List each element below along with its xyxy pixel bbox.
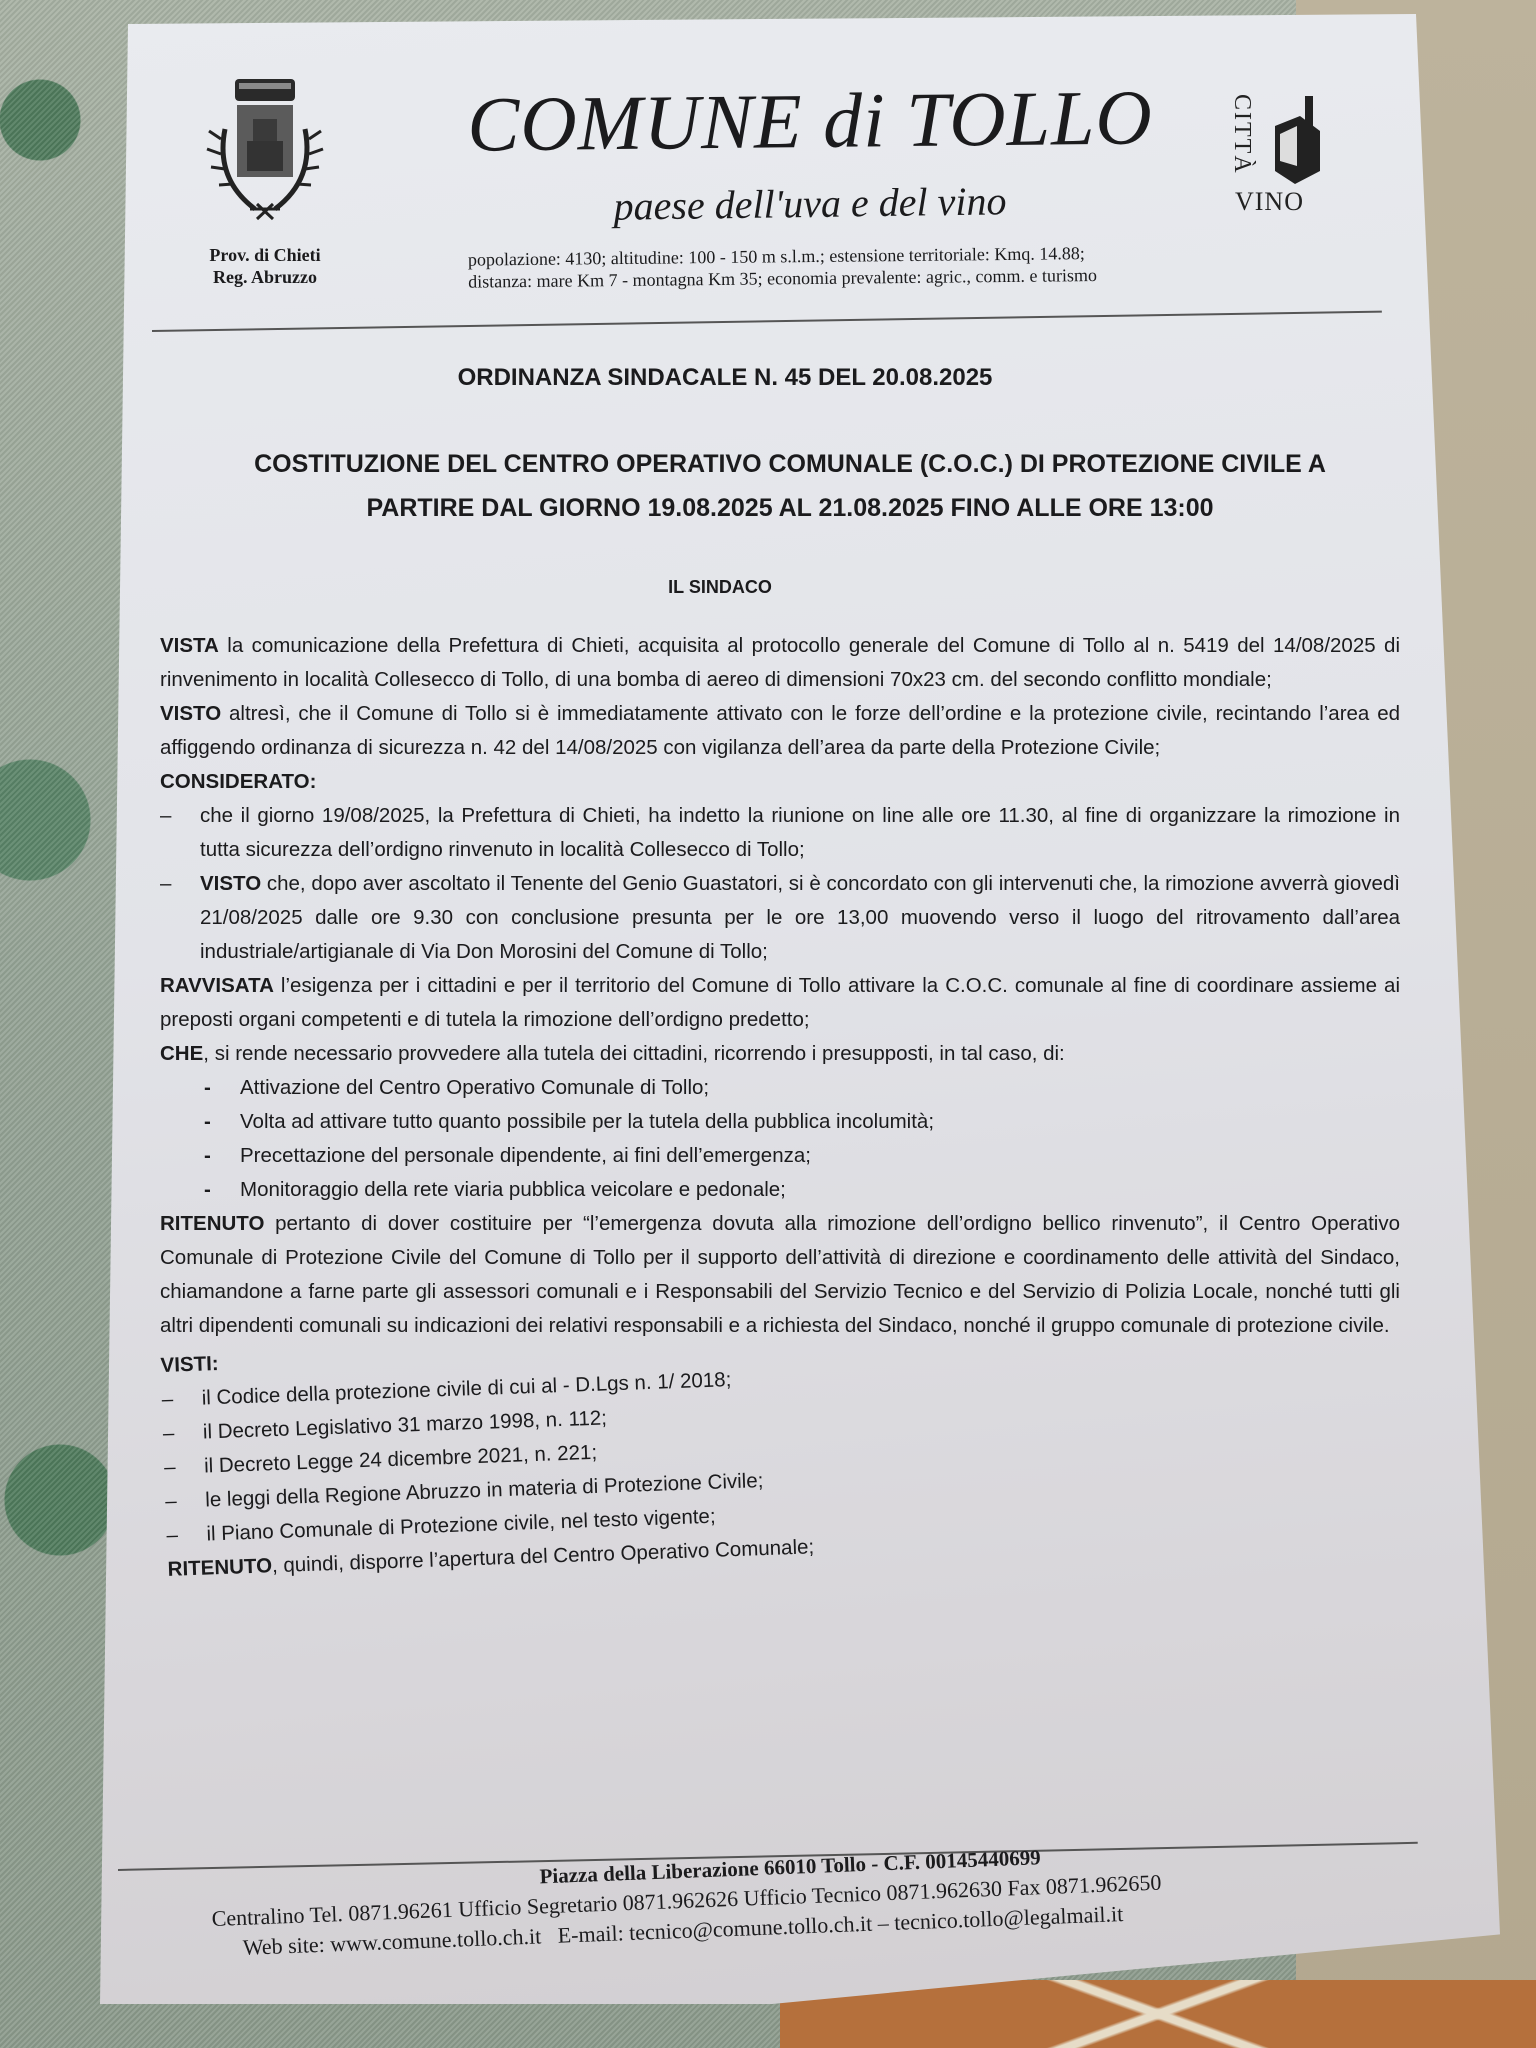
che-item: Precettazione del personale dipendente, …	[160, 1139, 1400, 1173]
keyword-visto: VISTO	[160, 702, 221, 725]
considerato-item: che il giorno 19/08/2025, la Prefettura …	[160, 799, 1400, 867]
paragraph-visto: VISTO altresì, che il Comune di Tollo si…	[160, 697, 1400, 765]
comune-motto: paese dell'uva e del vino	[430, 175, 1191, 233]
ordinance-document: Prov. di Chieti Reg. Abruzzo COMUNE di T…	[100, 14, 1500, 2004]
keyword-ravvisata: RAVVISATA	[160, 974, 274, 997]
keyword-ritenuto: RITENUTO	[160, 1212, 264, 1235]
che-item: Volta ad attivare tutto quanto possibile…	[160, 1105, 1400, 1139]
keyword-vista: VISTA	[160, 634, 219, 657]
comune-stats: popolazione: 4130; altitudine: 100 - 150…	[468, 239, 1348, 292]
considerato-list: che il giorno 19/08/2025, la Prefettura …	[160, 799, 1400, 969]
citta-del-vino-logo-icon: CITTÀ VINO	[1225, 86, 1335, 216]
subject-line-1: COSTITUZIONE DEL CENTRO OPERATIVO COMUNA…	[200, 442, 1380, 486]
che-item: Monitoraggio della rete viaria pubblica …	[160, 1173, 1400, 1207]
keyword-che: CHE	[160, 1042, 203, 1065]
svg-text:CITTÀ: CITTÀ	[1229, 94, 1255, 175]
text-ravvisata: l’esigenza per i cittadini e per il terr…	[160, 974, 1400, 1031]
province-label: Prov. di Chieti Reg. Abruzzo	[180, 244, 350, 288]
region-name: Reg. Abruzzo	[180, 266, 350, 288]
paragraph-che: CHE, si rende necessario provvedere alla…	[160, 1037, 1400, 1071]
considerato-item: VISTO che, dopo aver ascoltato il Tenent…	[160, 867, 1400, 969]
paragraph-vista: VISTA la comunicazione della Prefettura …	[160, 629, 1400, 697]
text-vista: la comunicazione della Prefettura di Chi…	[160, 634, 1400, 691]
ordinance-body: VISTA la comunicazione della Prefettura …	[160, 629, 1400, 1587]
province-name: Prov. di Chieti	[180, 244, 350, 266]
issuing-authority: IL SINDACO	[480, 577, 960, 598]
comune-title: COMUNE di TOLLO	[400, 72, 1221, 171]
visti-section: VISTI: il Codice della protezione civile…	[160, 1306, 1408, 1587]
che-item: Attivazione del Centro Operativo Comunal…	[160, 1071, 1400, 1105]
ordinance-subject: COSTITUZIONE DEL CENTRO OPERATIVO COMUNA…	[200, 442, 1380, 530]
heading-considerato: CONSIDERATO:	[160, 765, 1400, 799]
keyword-ritenuto-2: RITENUTO	[167, 1554, 272, 1581]
letterhead-footer: Piazza della Liberazione 66010 Tollo - C…	[160, 1828, 1423, 1966]
considerato-item-text: che, dopo aver ascoltato il Tenente del …	[200, 872, 1400, 963]
text-che: , si rende necessario provvedere alla tu…	[203, 1042, 1064, 1065]
che-list: Attivazione del Centro Operativo Comunal…	[160, 1071, 1400, 1207]
considerato-item-text: che il giorno 19/08/2025, la Prefettura …	[200, 804, 1400, 861]
subject-line-2: PARTIRE DAL GIORNO 19.08.2025 AL 21.08.2…	[200, 486, 1380, 530]
svg-text:VINO: VINO	[1235, 187, 1304, 216]
considerato-item-keyword: VISTO	[200, 872, 261, 895]
paragraph-ravvisata: RAVVISATA l’esigenza per i cittadini e p…	[160, 969, 1400, 1037]
coat-of-arms-icon	[195, 69, 335, 249]
header-divider	[152, 311, 1382, 332]
ordinance-number-title: ORDINANZA SINDACALE N. 45 DEL 20.08.2025	[260, 364, 1190, 392]
text-visto: altresì, che il Comune di Tollo si è imm…	[160, 702, 1400, 759]
